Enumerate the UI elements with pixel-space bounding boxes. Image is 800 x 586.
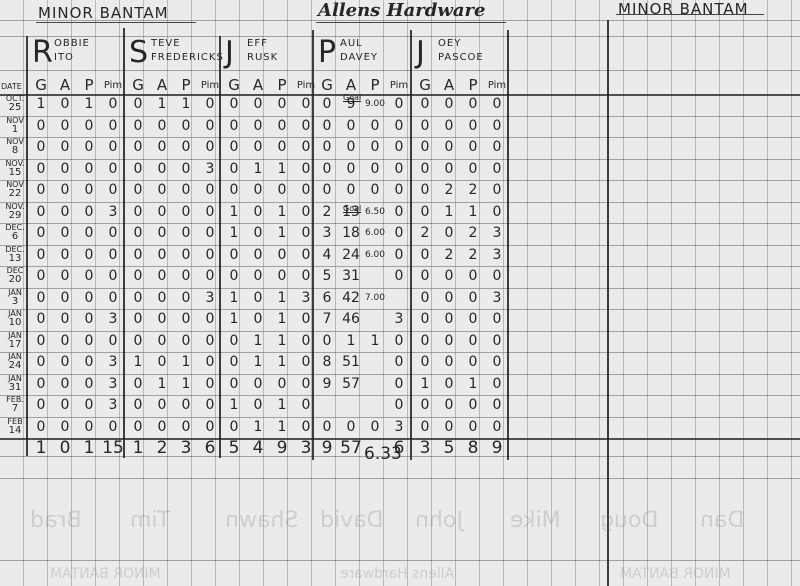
stat-cell: 4 xyxy=(316,247,338,263)
stat-cell: 1 xyxy=(271,333,293,349)
stat-cell: 0 xyxy=(486,118,508,134)
stat-cell: 0 xyxy=(438,354,460,370)
stat-cell: 0 xyxy=(54,182,76,198)
stat-cell: 0 xyxy=(151,333,173,349)
stat-cell: 0 xyxy=(175,161,197,177)
total-cell: 6 xyxy=(199,438,221,458)
stat-cell: 3 xyxy=(199,161,221,177)
bleed-through-title: Allens Hardware xyxy=(340,566,454,582)
stat-cell: 0 xyxy=(223,139,245,155)
stat-cell: 2 xyxy=(462,247,484,263)
stat-cell: 0 xyxy=(486,376,508,392)
stat-cell: 0 xyxy=(340,419,362,435)
stat-cell: 0 xyxy=(486,96,508,112)
stat-cell: 0 xyxy=(316,333,338,349)
player-last-name: DAVEY xyxy=(340,52,378,63)
player-last-name: PASCOE xyxy=(438,52,484,63)
stat-cell: 0 xyxy=(414,139,436,155)
stat-cell: 0 xyxy=(151,311,173,327)
stat-cell: 0 xyxy=(78,182,100,198)
stat-cell: 0 xyxy=(388,118,410,134)
bleed-through-name: Mike xyxy=(510,508,561,533)
stat-cell: 0 xyxy=(199,204,221,220)
stat-cell: 0 xyxy=(54,333,76,349)
stat-cell: 0 xyxy=(54,161,76,177)
stat-cell: 0 xyxy=(438,290,460,306)
stat-cell: 0 xyxy=(78,397,100,413)
stat-cell: 0 xyxy=(364,139,386,155)
total-cell: 3 xyxy=(414,438,436,458)
stat-cell: 3 xyxy=(486,290,508,306)
stat-cell: 0 xyxy=(102,225,124,241)
stat-cell: 0 xyxy=(199,139,221,155)
game-date: NOV.29 xyxy=(2,202,28,220)
stat-cell: 0 xyxy=(364,182,386,198)
stat-cell: 0 xyxy=(247,311,269,327)
stat-cell: 0 xyxy=(175,311,197,327)
game-date: FEB.7 xyxy=(2,395,28,413)
player-first-name: OEY xyxy=(438,38,461,49)
stat-cell: 51 xyxy=(340,354,362,370)
grid-line xyxy=(0,309,800,310)
stat-cell: 0 xyxy=(127,397,149,413)
stat-cell: 24 xyxy=(340,247,362,263)
stat-cell: 0 xyxy=(54,311,76,327)
stat-cell: 1 xyxy=(223,204,245,220)
total-cell: 0 xyxy=(54,438,76,458)
stat-cell: 7 xyxy=(316,311,338,327)
stat-cell: 3 xyxy=(316,225,338,241)
stat-cell: 0 xyxy=(438,419,460,435)
stat-cell: 0 xyxy=(102,268,124,284)
stat-cell: 0 xyxy=(295,354,317,370)
stat-column-label: Pim xyxy=(295,80,317,91)
game-date: JAN31 xyxy=(2,374,28,392)
stat-cell: 0 xyxy=(54,376,76,392)
stat-cell: 2 xyxy=(438,247,460,263)
stat-cell: 0 xyxy=(414,204,436,220)
stat-cell: 1 xyxy=(78,96,100,112)
stat-cell: 0 xyxy=(78,376,100,392)
stat-cell: 0 xyxy=(247,139,269,155)
bleed-through-name: John xyxy=(415,508,463,533)
stat-column-label: G xyxy=(127,76,149,94)
bleed-through-title: MINOR BANTAM xyxy=(620,566,731,582)
stat-cell: 0 xyxy=(438,333,460,349)
stat-cell: 0 xyxy=(486,333,508,349)
stat-cell: 0 xyxy=(438,96,460,112)
stat-cell: 0 xyxy=(127,96,149,112)
stat-column-label: Pim xyxy=(486,80,508,91)
stat-cell: 0 xyxy=(388,397,410,413)
stat-cell: 0 xyxy=(462,96,484,112)
game-date: JAN24 xyxy=(2,352,28,370)
player-initial-letter: J xyxy=(416,38,425,68)
stat-cell: 3 xyxy=(102,311,124,327)
stat-cell: 0 xyxy=(127,161,149,177)
stat-column-label: Pim xyxy=(388,80,410,91)
stat-cell: 1 xyxy=(271,161,293,177)
stat-cell: 0 xyxy=(271,182,293,198)
total-cell: 57 xyxy=(340,438,362,458)
stat-cell: 0 xyxy=(223,419,245,435)
grid-line xyxy=(0,352,800,353)
stat-cell: 0 xyxy=(127,204,149,220)
stat-cell: 0 xyxy=(414,290,436,306)
stat-cell: 0 xyxy=(127,247,149,263)
stat-cell: 0 xyxy=(151,354,173,370)
stat-column-label: P xyxy=(364,76,386,94)
game-date: DEC.13 xyxy=(2,245,28,263)
stat-cell: 0 xyxy=(54,118,76,134)
stat-cell: 0 xyxy=(340,161,362,177)
total-cell: 2 xyxy=(151,438,173,458)
grid-line xyxy=(0,417,800,418)
stat-cell: 0 xyxy=(223,333,245,349)
stat-column-label: G xyxy=(316,76,338,94)
stat-cell: 0 xyxy=(388,161,410,177)
stat-cell: 0 xyxy=(175,204,197,220)
stat-cell: 0 xyxy=(247,118,269,134)
grid-line xyxy=(0,331,800,332)
page-separator-line xyxy=(607,20,609,586)
stat-cell: 0 xyxy=(414,247,436,263)
bleed-through-name: Shawn xyxy=(225,508,298,533)
stat-column-label: P xyxy=(78,76,100,94)
stat-cell: 0 xyxy=(175,225,197,241)
title-underline xyxy=(316,22,506,23)
stat-cell: 0 xyxy=(151,247,173,263)
stat-cell: 1 xyxy=(462,204,484,220)
stat-cell: 0 xyxy=(175,397,197,413)
stat-cell: 0 xyxy=(223,354,245,370)
stat-cell: 31 xyxy=(340,268,362,284)
stat-cell: 3 xyxy=(388,311,410,327)
stat-cell: 2 xyxy=(414,225,436,241)
stat-cell: 3 xyxy=(102,376,124,392)
stat-cell: 0 xyxy=(438,376,460,392)
total-cell: 5 xyxy=(438,438,460,458)
stat-cell: 0 xyxy=(414,118,436,134)
stat-cell: 0 xyxy=(223,247,245,263)
stat-cell: 0 xyxy=(462,290,484,306)
stat-column-label: A xyxy=(151,76,173,94)
total-cell: 9 xyxy=(316,438,338,458)
total-cell: 6 xyxy=(388,438,410,458)
stat-cell: 0 xyxy=(247,376,269,392)
stat-cell: 0 xyxy=(295,161,317,177)
stat-cell: 6.00 xyxy=(364,250,386,260)
stat-cell: 0 xyxy=(54,225,76,241)
stat-cell: 0 xyxy=(438,139,460,155)
stat-cell: 0 xyxy=(54,96,76,112)
stat-cell: 0 xyxy=(223,376,245,392)
stat-cell: 3 xyxy=(486,247,508,263)
grid-line xyxy=(0,374,800,375)
total-cell: 5 xyxy=(223,438,245,458)
stat-cell: 0 xyxy=(223,118,245,134)
stat-cell: 0 xyxy=(462,397,484,413)
stat-cell: 3 xyxy=(486,225,508,241)
stat-cell: 1 xyxy=(175,96,197,112)
grid-line xyxy=(0,159,800,160)
stat-cell: 0 xyxy=(462,268,484,284)
player-last-name: ITO xyxy=(54,52,74,63)
stat-cell: 1 xyxy=(247,354,269,370)
stat-cell: 5 xyxy=(316,268,338,284)
stat-cell: 1 xyxy=(271,290,293,306)
stat-cell: 0 xyxy=(271,118,293,134)
stat-cell: 0 xyxy=(295,268,317,284)
stat-cell: 0 xyxy=(316,161,338,177)
bleed-through-name: Tim xyxy=(130,508,170,533)
stat-cell: 0 xyxy=(462,354,484,370)
stat-column-label: A xyxy=(438,76,460,94)
total-cell: 9 xyxy=(271,438,293,458)
stat-cell: 0 xyxy=(462,311,484,327)
stat-cell: 0 xyxy=(151,268,173,284)
stat-column-label: A xyxy=(340,76,362,94)
stat-cell: 1 xyxy=(151,96,173,112)
stat-cell: 0 xyxy=(175,182,197,198)
grid-line xyxy=(0,137,800,138)
stat-cell: 0 xyxy=(316,182,338,198)
bleed-through-name: Brad xyxy=(30,508,82,533)
game-date: OCT.25 xyxy=(2,94,28,112)
stat-cell: 1 xyxy=(414,376,436,392)
game-date: JAN3 xyxy=(2,288,28,306)
game-date: NOV8 xyxy=(2,137,28,155)
total-cell: 1 xyxy=(127,438,149,458)
stat-cell: 0 xyxy=(127,290,149,306)
grid-line xyxy=(0,180,800,181)
stat-cell: 0 xyxy=(199,225,221,241)
stat-cell: 0 xyxy=(175,139,197,155)
stat-cell: 0 xyxy=(175,419,197,435)
stat-cell: 0 xyxy=(30,290,52,306)
stat-cell: 6.50 xyxy=(364,207,386,217)
stat-cell: 0 xyxy=(151,290,173,306)
stat-cell: 0 xyxy=(486,161,508,177)
stat-cell: 9 xyxy=(316,376,338,392)
stat-cell: 0 xyxy=(295,376,317,392)
stat-cell: 0 xyxy=(295,96,317,112)
stat-cell: 0 xyxy=(271,376,293,392)
player-first-name: TEVE xyxy=(151,38,181,49)
total-cell: 9 xyxy=(486,438,508,458)
stat-cell: 0 xyxy=(78,204,100,220)
stat-cell: 0 xyxy=(127,225,149,241)
stat-cell: 0 xyxy=(414,397,436,413)
stat-cell: 42 xyxy=(340,290,362,306)
stat-cell: 0 xyxy=(30,376,52,392)
stat-cell: 0 xyxy=(295,182,317,198)
stat-cell: 1 xyxy=(247,161,269,177)
stat-cell: 8 xyxy=(316,354,338,370)
stat-cell: 0 xyxy=(199,333,221,349)
stat-cell: 0 xyxy=(462,333,484,349)
stat-cell: 0 xyxy=(151,419,173,435)
stat-cell: 0 xyxy=(151,161,173,177)
grid-line xyxy=(0,266,800,267)
division-title-left: MINOR BANTAM xyxy=(38,4,169,22)
player-first-name: AUL xyxy=(340,38,363,49)
grid-line xyxy=(0,395,800,396)
stat-cell: 0 xyxy=(175,290,197,306)
stat-cell: 0 xyxy=(78,118,100,134)
player-separator-line xyxy=(507,30,509,460)
stat-cell: 0 xyxy=(151,182,173,198)
stat-cell: 0 xyxy=(78,333,100,349)
stat-cell: 1 xyxy=(247,333,269,349)
stat-cell: 0 xyxy=(30,268,52,284)
stat-cell: 0 xyxy=(486,204,508,220)
stat-cell: 0 xyxy=(30,247,52,263)
stat-cell: 0 xyxy=(295,397,317,413)
grid-line xyxy=(0,560,800,561)
grid-line xyxy=(0,288,800,289)
stat-cell: 0 xyxy=(199,96,221,112)
stat-cell: 3 xyxy=(102,204,124,220)
stat-cell: 1 xyxy=(151,376,173,392)
stat-cell: 0 xyxy=(486,139,508,155)
stat-cell: 1 xyxy=(462,376,484,392)
stat-cell: 0 xyxy=(54,419,76,435)
stat-cell: 0 xyxy=(102,419,124,435)
stat-cell: 0 xyxy=(30,204,52,220)
game-date: DEC.6 xyxy=(2,223,28,241)
stat-cell: 0 xyxy=(340,139,362,155)
stat-cell: 0 xyxy=(462,139,484,155)
stat-column-label: A xyxy=(54,76,76,94)
stat-cell: 0 xyxy=(364,419,386,435)
stat-cell: 0 xyxy=(102,247,124,263)
stat-cell: 0 xyxy=(414,354,436,370)
stat-cell: 0 xyxy=(199,118,221,134)
stat-cell: 0 xyxy=(199,354,221,370)
stat-cell: 0 xyxy=(414,419,436,435)
stat-cell: 0 xyxy=(414,96,436,112)
stat-cell: 3 xyxy=(199,290,221,306)
stat-cell: 18 xyxy=(340,225,362,241)
stat-cell: 0 xyxy=(316,118,338,134)
stat-cell: 0 xyxy=(364,118,386,134)
stat-cell: 0 xyxy=(127,311,149,327)
player-last-name: FREDERICKS xyxy=(151,52,224,63)
stat-cell: 0 xyxy=(462,118,484,134)
stat-cell: 0 xyxy=(151,204,173,220)
stat-cell: 0 xyxy=(127,376,149,392)
division-title-right: MINOR BANTAM xyxy=(618,0,749,18)
player-separator-line xyxy=(410,30,412,460)
grid-line xyxy=(0,36,800,37)
game-date: JAN10 xyxy=(2,309,28,327)
stat-cell: 0 xyxy=(54,139,76,155)
stat-cell: 0 xyxy=(54,204,76,220)
grid-line xyxy=(0,223,800,224)
total-cell: 4 xyxy=(247,438,269,458)
stat-column-label: Pim xyxy=(199,80,221,91)
stat-cell: 0 xyxy=(316,419,338,435)
stat-cell: 0 xyxy=(54,247,76,263)
stat-cell: 0 xyxy=(271,139,293,155)
stat-cell: 57 xyxy=(340,376,362,392)
stat-cell: 1 xyxy=(223,290,245,306)
stat-cell: 2 xyxy=(316,204,338,220)
stat-cell: 2 xyxy=(438,182,460,198)
stat-cell: 0 xyxy=(316,139,338,155)
stat-cell: 1 xyxy=(247,419,269,435)
total-cell: 15 xyxy=(102,438,124,458)
stat-column-label: G xyxy=(223,76,245,94)
stat-cell: 0 xyxy=(414,333,436,349)
bleed-through-name: Doug xyxy=(600,508,658,533)
stat-cell: 0 xyxy=(295,225,317,241)
grid-line xyxy=(0,202,800,203)
stat-cell: 0 xyxy=(247,204,269,220)
stat-cell: 1 xyxy=(175,354,197,370)
stat-cell: 0 xyxy=(78,268,100,284)
stat-cell: 1 xyxy=(223,397,245,413)
stat-cell: 0 xyxy=(271,96,293,112)
stat-column-label: P xyxy=(462,76,484,94)
game-date: FEB14 xyxy=(2,417,28,435)
stat-cell: 0 xyxy=(175,118,197,134)
stat-cell: 0 xyxy=(199,311,221,327)
stat-cell: 0 xyxy=(414,161,436,177)
stat-cell: 0 xyxy=(295,311,317,327)
player-first-name: OBBIE xyxy=(54,38,90,49)
player-initial-letter: P xyxy=(318,38,336,68)
stat-cell: 0 xyxy=(127,419,149,435)
stat-cell: 1 xyxy=(271,419,293,435)
stat-cell: 0 xyxy=(388,354,410,370)
stat-column-label: Pim xyxy=(102,80,124,91)
stat-cell: 0 xyxy=(247,290,269,306)
stat-cell: 0 xyxy=(127,182,149,198)
stat-cell: 1 xyxy=(271,311,293,327)
stat-cell: 0 xyxy=(414,311,436,327)
stat-cell: 0 xyxy=(388,376,410,392)
player-initial-letter: S xyxy=(129,38,148,68)
grid-line xyxy=(0,116,800,117)
stat-cell: 0 xyxy=(388,204,410,220)
stat-cell: 0 xyxy=(78,290,100,306)
grid-line xyxy=(0,245,800,246)
stat-cell: 1 xyxy=(271,397,293,413)
stat-cell: 0 xyxy=(151,225,173,241)
stat-cell: 1 xyxy=(364,333,386,349)
player-separator-line xyxy=(123,28,125,458)
stat-cell: 0 xyxy=(388,333,410,349)
stat-cell: 0 xyxy=(199,397,221,413)
stat-cell: 0 xyxy=(175,268,197,284)
stat-cell: 0 xyxy=(223,161,245,177)
stat-cell: 0 xyxy=(30,397,52,413)
stat-cell: 0 xyxy=(438,118,460,134)
stat-cell: 0 xyxy=(295,118,317,134)
stat-cell: 0 xyxy=(223,268,245,284)
stat-cell: 0 xyxy=(102,333,124,349)
game-date: DEC20 xyxy=(2,266,28,284)
total-cell: 6.33 xyxy=(364,444,386,464)
stat-column-label: P xyxy=(271,76,293,94)
stat-cell: 0 xyxy=(199,247,221,263)
stat-cell: 0 xyxy=(486,354,508,370)
bleed-through-title: MINOR BANTAM xyxy=(50,566,161,582)
stat-cell: 1 xyxy=(340,333,362,349)
scoresheet-page: MINOR BANTAM Allens Hardware MINOR BANTA… xyxy=(0,0,800,586)
